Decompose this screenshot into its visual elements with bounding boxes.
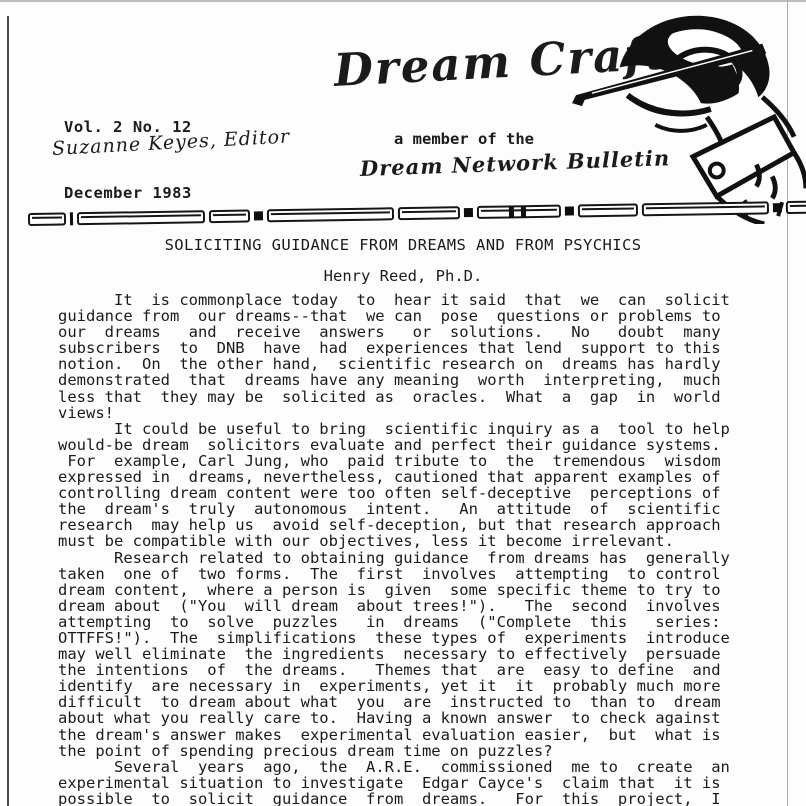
body-line: the dream's truly autonomous intent. An … <box>58 501 798 517</box>
divider-segment <box>398 206 460 220</box>
body-line: Research related to obtaining guidance f… <box>58 550 798 566</box>
date-line: December 1983 <box>64 182 192 204</box>
body-line: expressed in dreams, nevertheless, cauti… <box>58 469 798 485</box>
body-line: views! <box>58 405 798 421</box>
body-line: difficult to dream about what you are in… <box>58 694 798 710</box>
article-byline: Henry Reed, Ph.D. <box>0 267 806 285</box>
body-line: identify are necessary in experiments, y… <box>58 678 798 694</box>
body-line: controlling dream content were too often… <box>58 485 798 501</box>
body-line: must be compatible with our objectives, … <box>58 533 798 549</box>
body-line: Several years ago, the A.R.E. commission… <box>58 759 798 775</box>
body-line: less that they may be solicited as oracl… <box>58 389 798 405</box>
body-line: possible to solicit guidance from dreams… <box>58 791 798 806</box>
body-line: about what you really care to. Having a … <box>58 710 798 726</box>
divider-square <box>254 211 263 220</box>
divider-square <box>565 206 574 215</box>
body-line: dream about ("You will dream about trees… <box>58 598 798 614</box>
divider-square <box>773 203 782 212</box>
divider-segment <box>642 201 769 216</box>
body-line: OTTFFS!"). The simplifications these typ… <box>58 630 798 646</box>
body-line: taken one of two forms. The first involv… <box>58 566 798 582</box>
body-line: attempting to solve puzzles in dreams ("… <box>58 614 798 630</box>
body-line: demonstrated that dreams have any meanin… <box>58 372 798 388</box>
body-line: the dream's answer makes experimental ev… <box>58 727 798 743</box>
body-line: research may help us avoid self-deceptio… <box>58 517 798 533</box>
article-body: It is commonplace today to hear it said … <box>58 292 798 806</box>
body-line: the point of spending precious dream tim… <box>58 743 798 759</box>
body-line: dream content, where a person is given s… <box>58 582 798 598</box>
body-line: For example, Carl Jung, who paid tribute… <box>58 453 798 469</box>
divider-tick <box>70 212 73 225</box>
body-line: notion. On the other hand, scientific re… <box>58 356 798 372</box>
body-line: our dreams and receive answers or soluti… <box>58 324 798 340</box>
scan-edge-left <box>7 16 9 806</box>
divider-segment <box>209 209 250 223</box>
divider-mark <box>509 206 514 217</box>
divider-mark <box>521 206 526 217</box>
scan-edge-top <box>0 0 806 2</box>
divider-square <box>464 208 473 217</box>
hand-writing-pen-illustration <box>568 6 806 224</box>
divider-segment <box>786 200 806 214</box>
divider-segment <box>477 204 561 218</box>
body-line: guidance from our dreams--that we can po… <box>58 308 798 324</box>
divider-segment <box>77 210 205 225</box>
member-line: a member of the <box>394 130 534 148</box>
divider-segment <box>267 207 394 222</box>
divider-segment <box>28 212 66 226</box>
body-line: subscribers to DNB have had experiences … <box>58 340 798 356</box>
body-line: the intentions of the dreams. Themes tha… <box>58 662 798 678</box>
divider-segment <box>578 203 638 217</box>
body-line: would-be dream solicitors evaluate and p… <box>58 437 798 453</box>
article-headline: SOLICITING GUIDANCE FROM DREAMS AND FROM… <box>0 236 806 254</box>
body-line: experimental situation to investigate Ed… <box>58 775 798 791</box>
body-line: It is commonplace today to hear it said … <box>58 292 798 308</box>
newsletter-page: Vol. 2 No. 12 December 1983 Suzanne Keye… <box>0 0 806 806</box>
body-line: It could be useful to bring scientific i… <box>58 421 798 437</box>
body-line: may well eliminate the ingredients neces… <box>58 646 798 662</box>
